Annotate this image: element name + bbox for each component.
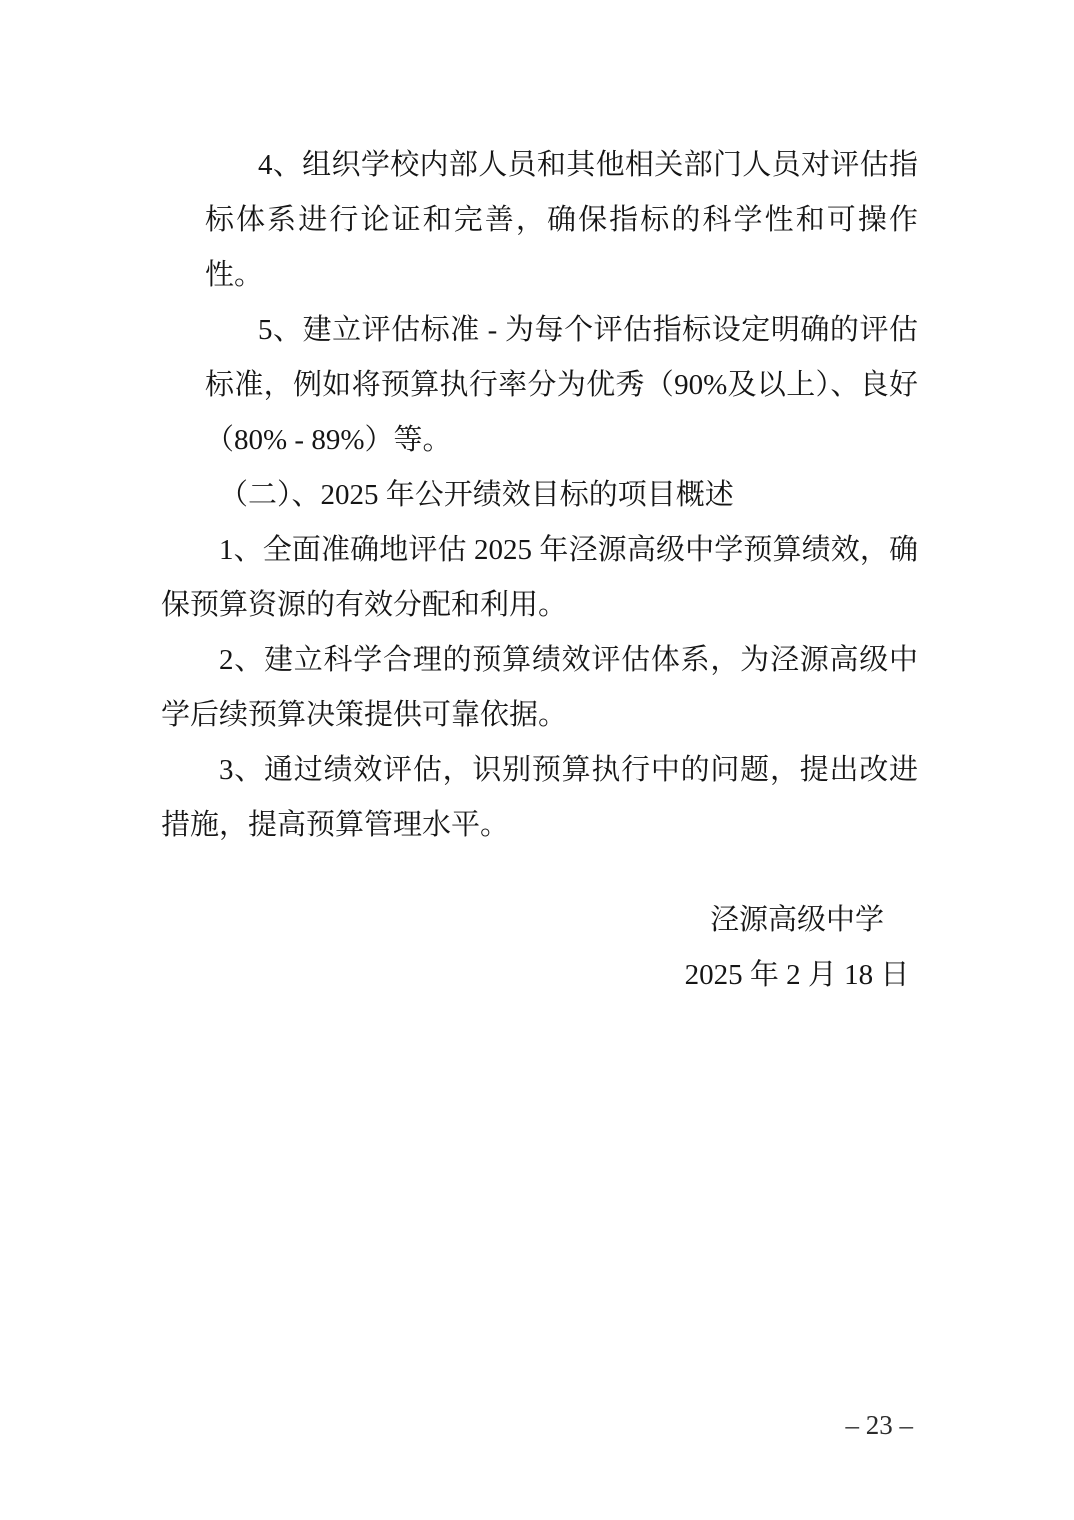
objective-item-2: 2、建立科学合理的预算绩效评估体系，为泾源高级中学后续预算决策提供可靠依据。 [161,633,918,743]
evaluation-steps-list: 4、组织学校内部人员和其他相关部门人员对评估指标体系进行论证和完善，确保指标的科… [161,138,918,468]
document-page: 4、组织学校内部人员和其他相关部门人员对评估指标体系进行论证和完善，确保指标的科… [0,0,1074,1520]
page-footer: – 23 – [846,1398,914,1453]
page-number: – 23 – [846,1410,914,1440]
signature-date: 2025 年 2 月 18 日 [676,948,918,1003]
list-item-5: 5、建立评估标准 - 为每个评估指标设定明确的评估标准，例如将预算执行率分为优秀… [205,303,918,468]
objective-item-3: 3、通过绩效评估，识别预算执行中的问题，提出改进措施，提高预算管理水平。 [161,743,918,853]
signature-block: 泾源高级中学 2025 年 2 月 18 日 [676,893,918,1003]
signature-organization: 泾源高级中学 [676,893,918,948]
objective-item-1: 1、全面准确地评估 2025 年泾源高级中学预算绩效，确保预算资源的有效分配和利… [161,523,918,633]
section-heading: （二）、2025 年公开绩效目标的项目概述 [161,468,918,523]
document-content: 4、组织学校内部人员和其他相关部门人员对评估指标体系进行论证和完善，确保指标的科… [161,138,918,1003]
list-item-4: 4、组织学校内部人员和其他相关部门人员对评估指标体系进行论证和完善，确保指标的科… [205,138,918,303]
